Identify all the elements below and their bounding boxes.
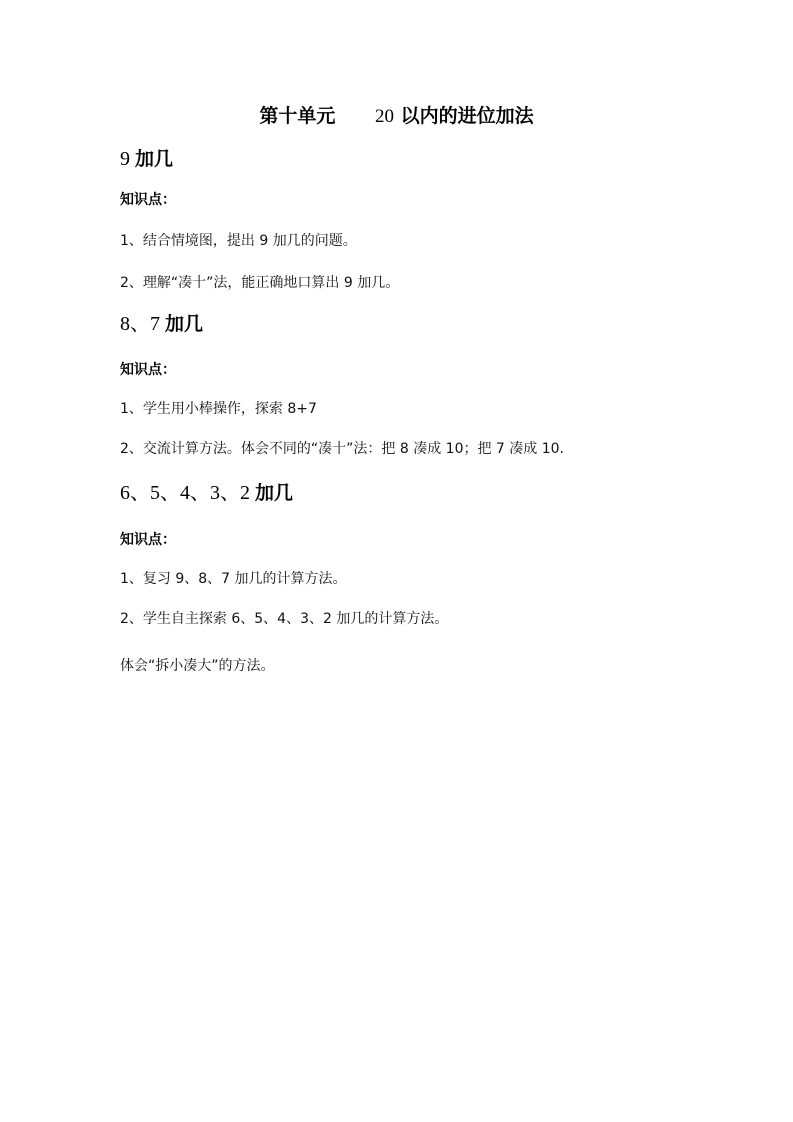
document-page: 第十单元 20 以内的进位加法 9 加几 知识点： 1、结合情境图，提出 9 加…: [0, 0, 793, 1122]
title-number: 20: [375, 106, 394, 127]
list-item: 1、复习 9、8、7 加几的计算方法。: [120, 569, 347, 589]
title-unit: 第十单元: [259, 105, 335, 127]
title-topic: 以内的进位加法: [401, 105, 534, 127]
section-heading-9: 9 加几: [120, 146, 173, 172]
section-heading-8-7: 8、7 加几: [120, 311, 203, 337]
section-heading-6-5-4-3-2: 6、5、4、3、2 加几: [120, 480, 293, 506]
section-note: 体会“拆小凑大”的方法。: [120, 656, 275, 676]
heading-text: 加几: [165, 313, 203, 335]
page-title: 第十单元 20 以内的进位加法: [0, 103, 793, 130]
list-item: 1、学生用小棒操作，探索 8+7: [120, 399, 317, 419]
list-item: 2、学生自主探索 6、5、4、3、2 加几的计算方法。: [120, 609, 448, 629]
list-item: 2、理解“凑十”法，能正确地口算出 9 加几。: [120, 273, 399, 293]
heading-number: 9: [120, 148, 135, 170]
heading-text: 加几: [135, 148, 173, 170]
knowledge-label: 知识点：: [120, 530, 176, 550]
heading-text: 加几: [255, 482, 293, 504]
knowledge-label: 知识点：: [120, 190, 176, 210]
knowledge-label: 知识点：: [120, 360, 176, 380]
heading-number: 8、7: [120, 313, 165, 335]
list-item: 1、结合情境图，提出 9 加几的问题。: [120, 231, 357, 251]
heading-number: 6、5、4、3、2: [120, 482, 255, 504]
list-item: 2、交流计算方法。体会不同的“凑十”法：把 8 凑成 10；把 7 凑成 10.: [120, 439, 564, 459]
